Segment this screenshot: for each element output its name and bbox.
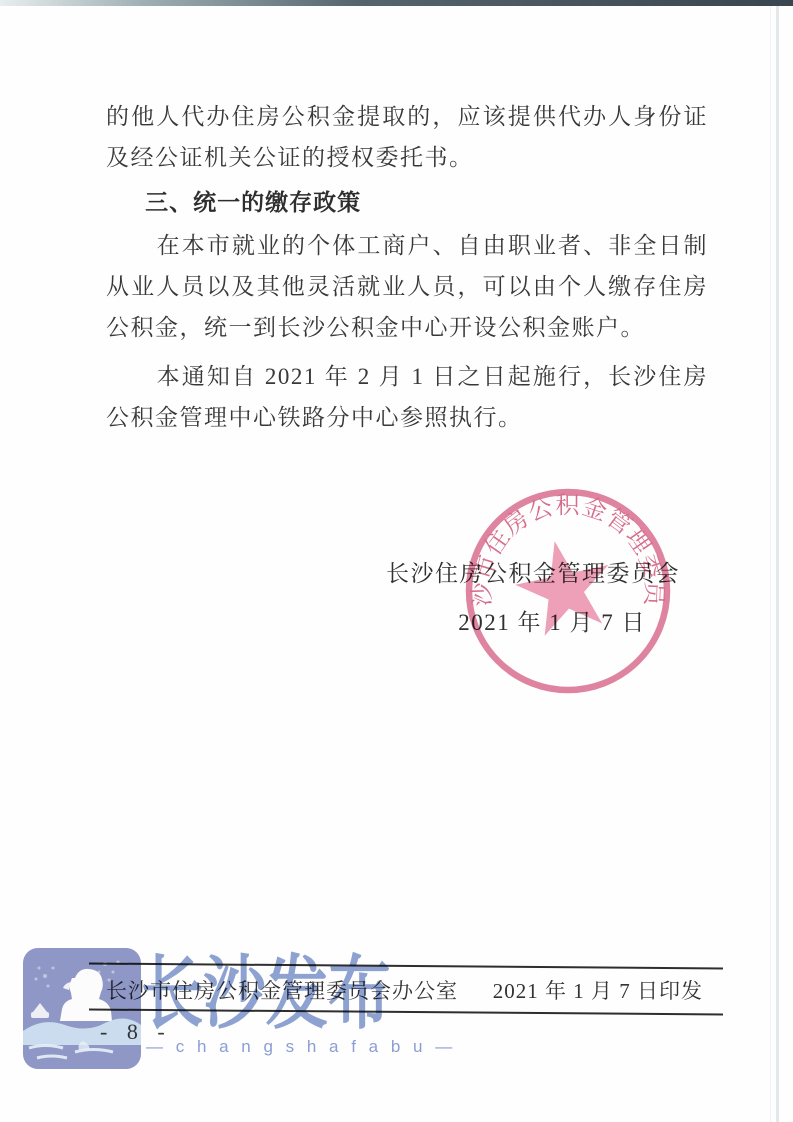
paragraph-deposit-policy: 在本市就业的个体工商户、自由职业者、非全日制从业人员以及其他灵活就业人员，可以由… (106, 225, 708, 348)
official-seal: 长沙市住房公积金管理委员会 (455, 478, 681, 704)
footer-issuing-office: 长沙市住房公积金管理委员会办公室 (106, 975, 458, 1005)
scan-edge-right-faint (770, 6, 771, 1122)
document-page: 的他人代办住房公积金提取的，应该提供代办人身份证及经公证机关公证的授权委托书。 … (0, 0, 793, 1122)
section-heading: 三、统一的缴存政策 (106, 182, 708, 223)
watermark-romanized-text: — c h a n g s h a f a b u — (146, 1037, 456, 1057)
page-number: - 8 - (100, 1019, 172, 1045)
seal-star-icon (508, 531, 620, 639)
footer-rule-bottom (89, 1009, 723, 1016)
footer-rule-top (89, 963, 723, 970)
footer-row: 长沙市住房公积金管理委员会办公室 2021 年 1 月 7 日印发 (106, 975, 703, 1005)
footer-print-date: 2021 年 1 月 7 日印发 (493, 975, 703, 1005)
paragraph-effective-date: 本通知自 2021 年 2 月 1 日之日起施行，长沙住房公积金管理中心铁路分中… (106, 356, 708, 438)
scan-edge-right (776, 6, 779, 1122)
paragraph-continued: 的他人代办住房公积金提取的，应该提供代办人身份证及经公证机关公证的授权委托书。 (106, 96, 708, 178)
